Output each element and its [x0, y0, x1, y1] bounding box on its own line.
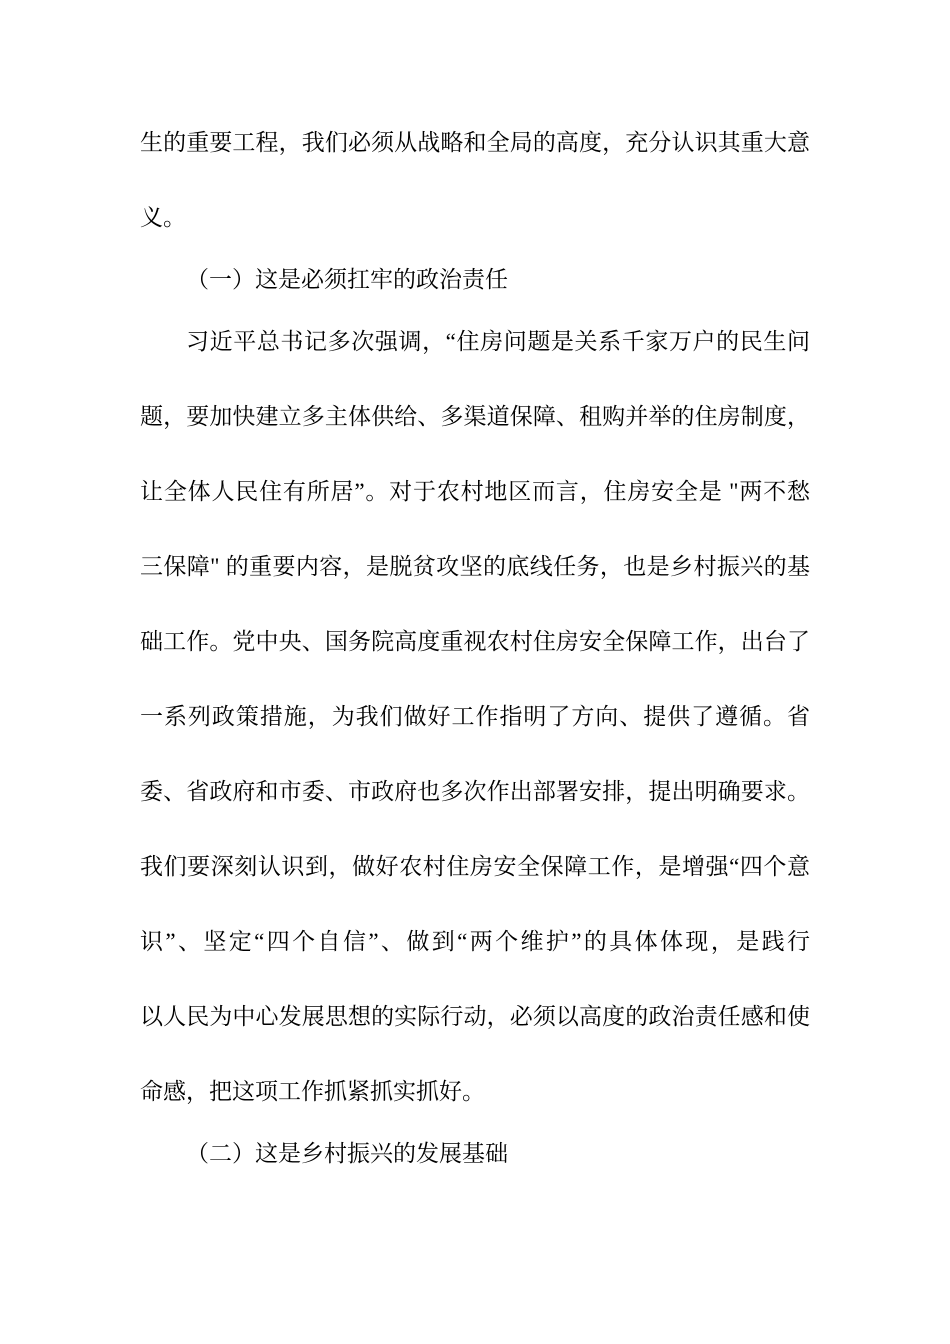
- text-line: 让全体人民住有所居”。对于农村地区而言，住房安全是 "两不愁: [140, 454, 810, 529]
- text-line: 础工作。党中央、国务院高度重视农村住房安全保障工作，出台了: [140, 604, 810, 679]
- text-line: 委、省政府和市委、市政府也多次作出部署安排，提出明确要求。: [140, 754, 810, 829]
- section-heading-2: （二）这是乡村振兴的发展基础: [140, 1116, 810, 1191]
- text-line: 习近平总书记多次强调，“住房问题是关系千家万户的民生问: [140, 304, 810, 379]
- paragraph: 习近平总书记多次强调，“住房问题是关系千家万户的民生问 题，要加快建立多主体供给…: [140, 304, 810, 1129]
- heading-line: （二）这是乡村振兴的发展基础: [140, 1116, 810, 1191]
- text-line: 三保障" 的重要内容，是脱贫攻坚的底线任务，也是乡村振兴的基: [140, 529, 810, 604]
- text-line: 一系列政策措施，为我们做好工作指明了方向、提供了遵循。省: [140, 679, 810, 754]
- text-line: 识”、坚定“四个自信”、做到“两个维护”的具体体现，是践行: [140, 904, 810, 979]
- text-line: 题，要加快建立多主体供给、多渠道保障、租购并举的住房制度，: [140, 379, 810, 454]
- document-page: 生的重要工程，我们必须从战略和全局的高度，充分认识其重大意 义。 （一）这是必须…: [140, 105, 810, 1178]
- paragraph-continuation: 生的重要工程，我们必须从战略和全局的高度，充分认识其重大意 义。: [140, 105, 810, 255]
- text-line: 以人民为中心发展思想的实际行动，必须以高度的政治责任感和使: [140, 979, 810, 1054]
- text-line: 生的重要工程，我们必须从战略和全局的高度，充分认识其重大意: [140, 105, 810, 180]
- text-line: 我们要深刻认识到，做好农村住房安全保障工作，是增强“四个意: [140, 829, 810, 904]
